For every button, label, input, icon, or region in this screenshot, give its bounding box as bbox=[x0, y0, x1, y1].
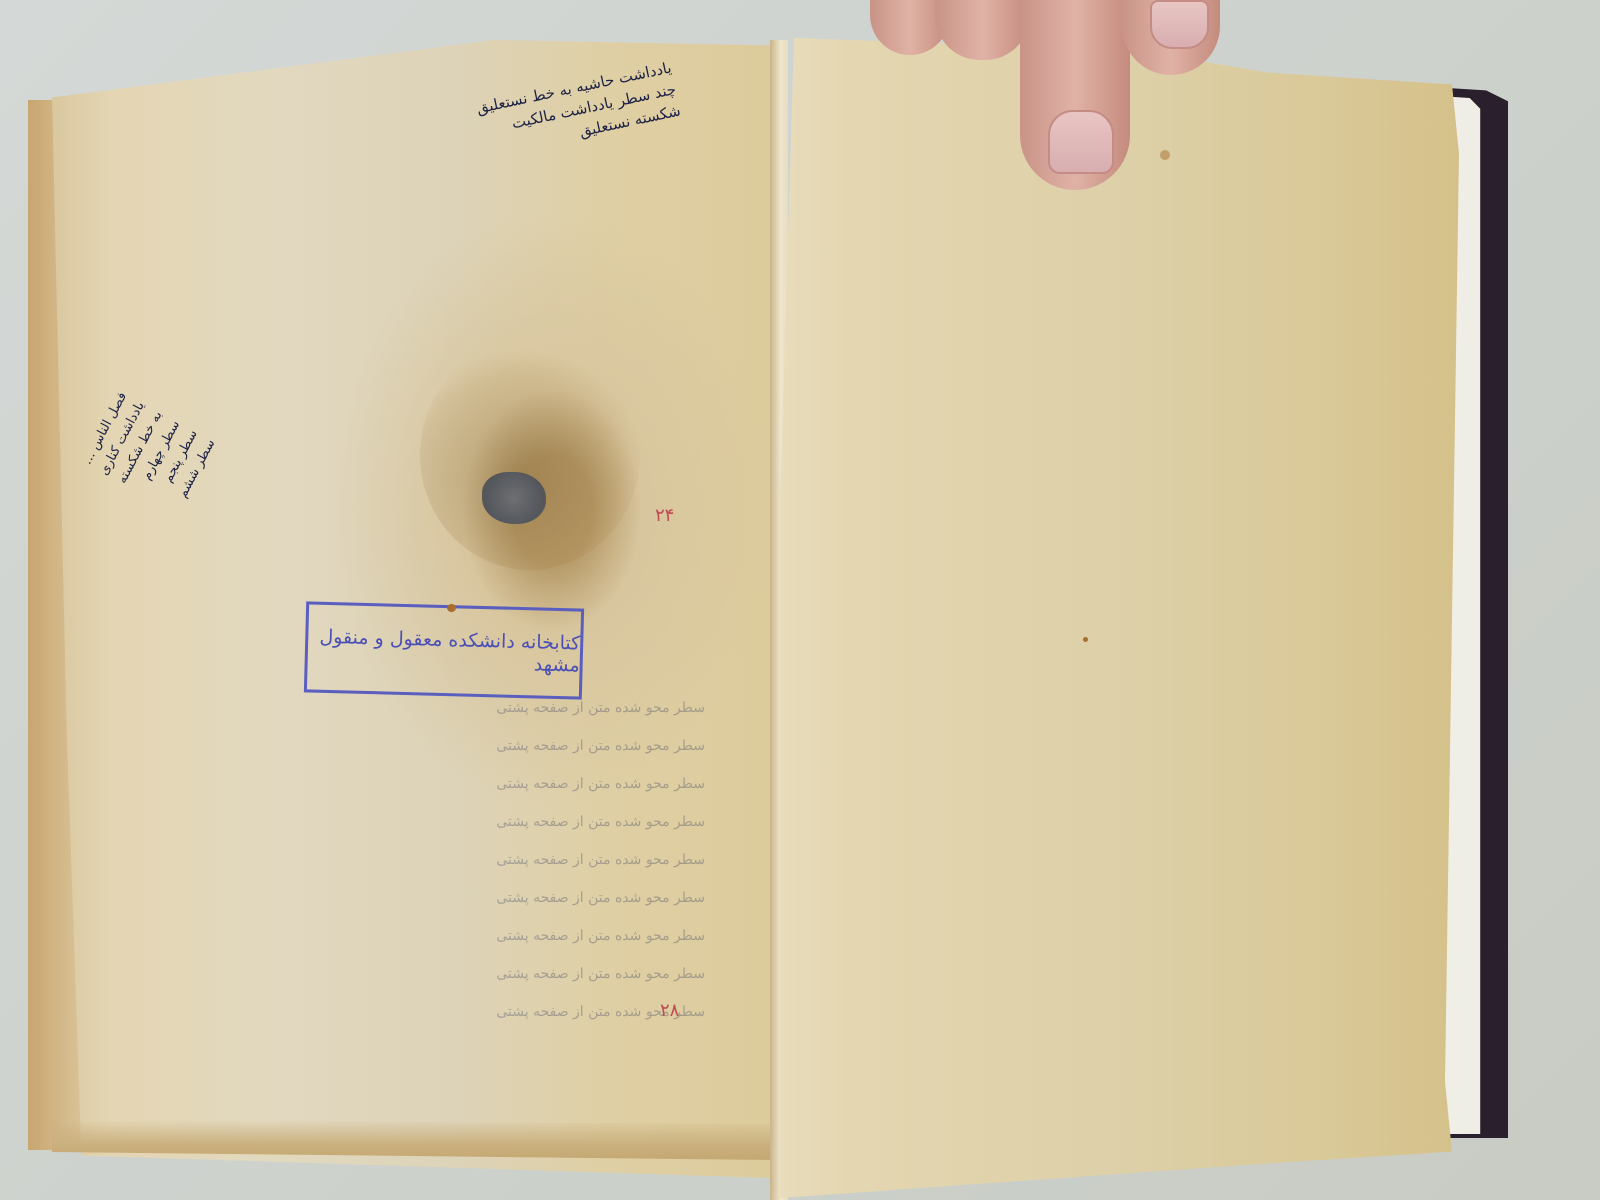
rust-spot bbox=[447, 604, 456, 612]
fingernail bbox=[1150, 0, 1209, 49]
water-stain bbox=[420, 340, 640, 570]
faded-text-line: سطر محو شده متن از صفحه پشتی bbox=[295, 700, 705, 716]
foxing-spot bbox=[1160, 150, 1170, 160]
foxing-spot bbox=[1083, 637, 1088, 642]
red-folio-mark: ۲۴ bbox=[655, 505, 674, 526]
fingernail bbox=[1048, 110, 1114, 174]
faded-text-line: سطر محو شده متن از صفحه پشتی bbox=[295, 852, 705, 868]
faded-text-line: سطر محو شده متن از صفحه پشتی bbox=[295, 814, 705, 830]
ink-blot bbox=[482, 472, 546, 524]
stamp-text: کتابخانه دانشکده معقول و منقول مشهد bbox=[307, 625, 580, 676]
library-stamp: کتابخانه دانشکده معقول و منقول مشهد bbox=[304, 601, 584, 699]
right-blank-page bbox=[780, 38, 1480, 1198]
faded-text-line: سطر محو شده متن از صفحه پشتی bbox=[295, 890, 705, 906]
faded-text-line: سطر محو شده متن از صفحه پشتی bbox=[295, 966, 705, 982]
faded-text-line: سطر محو شده متن از صفحه پشتی bbox=[295, 738, 705, 754]
faded-text-line: سطر محو شده متن از صفحه پشتی bbox=[295, 1004, 705, 1020]
faded-text-line: سطر محو شده متن از صفحه پشتی bbox=[295, 928, 705, 944]
red-folio-mark: ۲۸ bbox=[660, 1000, 679, 1021]
faded-text-line: سطر محو شده متن از صفحه پشتی bbox=[295, 776, 705, 792]
